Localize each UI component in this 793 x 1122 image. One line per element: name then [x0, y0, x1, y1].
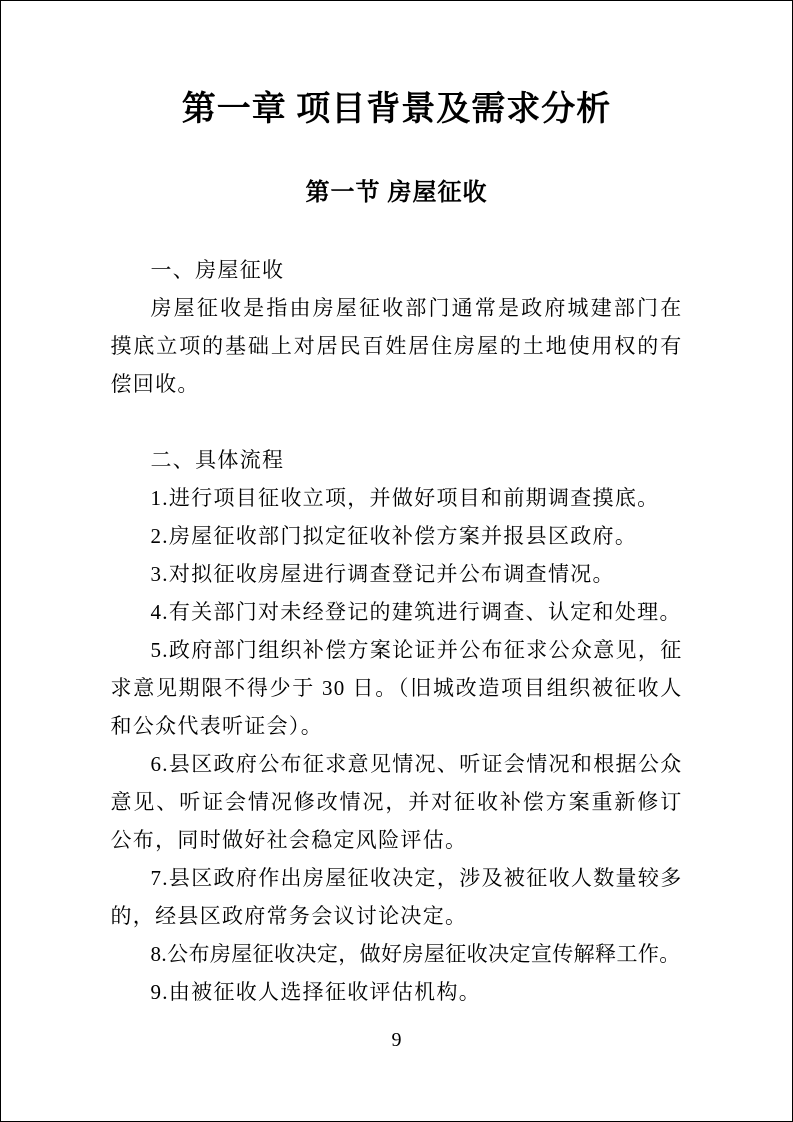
procedure-step-1: 1.进行项目征收立项，并做好项目和前期调查摸底。: [111, 479, 683, 517]
procedure-step-3: 3.对拟征收房屋进行调查登记并公布调查情况。: [111, 555, 683, 593]
chapter-title: 第一章 项目背景及需求分析: [1, 89, 792, 131]
procedure-step-5: 5.政府部门组织补偿方案论证并公布征求公众意见，征求意见期限不得少于 30 日。…: [111, 631, 683, 745]
procedure-step-4: 4.有关部门对未经登记的建筑进行调查、认定和处理。: [111, 593, 683, 631]
subsection-1-paragraph: 房屋征收是指由房屋征收部门通常是政府城建部门在摸底立项的基础上对居民百姓居住房屋…: [111, 289, 683, 403]
section-title: 第一节 房屋征收: [1, 177, 792, 209]
procedure-step-6: 6.县区政府公布征求意见情况、听证会情况和根据公众意见、听证会情况修改情况，并对…: [111, 745, 683, 859]
procedure-step-8: 8.公布房屋征收决定，做好房屋征收决定宣传解释工作。: [111, 935, 683, 973]
subsection-2-heading: 二、具体流程: [111, 441, 683, 479]
page-number: 9: [1, 1027, 792, 1053]
document-body: 一、房屋征收 房屋征收是指由房屋征收部门通常是政府城建部门在摸底立项的基础上对居…: [111, 251, 683, 1011]
subsection-1-heading: 一、房屋征收: [111, 251, 683, 289]
blank-line-spacer: [111, 403, 683, 441]
procedure-step-9: 9.由被征收人选择征收评估机构。: [111, 973, 683, 1011]
procedure-step-7: 7.县区政府作出房屋征收决定，涉及被征收人数量较多的，经县区政府常务会议讨论决定…: [111, 859, 683, 935]
document-page: 第一章 项目背景及需求分析 第一节 房屋征收 一、房屋征收 房屋征收是指由房屋征…: [0, 0, 793, 1122]
procedure-step-2: 2.房屋征收部门拟定征收补偿方案并报县区政府。: [111, 517, 683, 555]
